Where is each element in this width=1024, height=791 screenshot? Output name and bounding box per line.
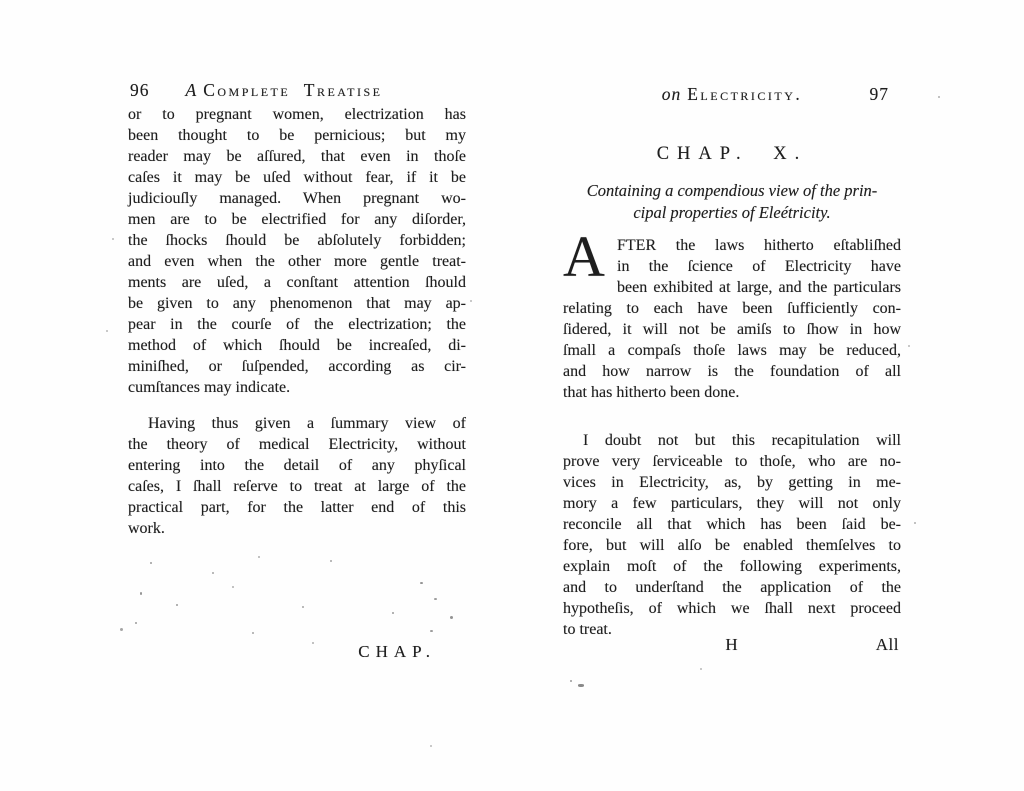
left-page: 96 AComplete Treatise or to pregnant wom…	[128, 80, 466, 680]
left-running-head: 96 AComplete Treatise	[128, 80, 466, 102]
text-line: FTER the laws hitherto eſtabliſhed	[563, 235, 901, 256]
left-paragraph-2: Having thus given a ſummary view of the …	[128, 413, 466, 539]
text-line: that has hitherto been done.	[563, 382, 901, 403]
text-line: the ſhocks ſhould be abſolutely forbidde…	[128, 230, 466, 251]
signature-mark: H	[563, 635, 901, 655]
text-line: I doubt not but this recapitulation will	[563, 430, 901, 451]
text-line: ſmall a compaſs thoſe laws may be reduce…	[563, 340, 901, 361]
text-line: caſes, I ſhall reſerve to treat at large…	[128, 476, 466, 497]
left-page-number: 96	[130, 80, 150, 101]
chapter-subtitle: Containing a compendious view of the pri…	[563, 180, 901, 224]
text-line: or to pregnant women, electrization has	[128, 104, 466, 125]
right-page-number: 97	[870, 84, 890, 105]
running-title-text: Electricity.	[687, 84, 802, 104]
text-line: practical part, for the latter end of th…	[128, 497, 466, 518]
right-running-title: onElectricity.	[563, 84, 901, 105]
text-line: mory a few particulars, they will not on…	[563, 493, 901, 514]
text-line: reconcile all that which has been ſaid b…	[563, 514, 901, 535]
text-line: caſes it may be uſed without fear, if it…	[128, 167, 466, 188]
text-line: the theory of medical Electricity, witho…	[128, 434, 466, 455]
book-scan: 96 AComplete Treatise or to pregnant wom…	[0, 0, 1024, 791]
right-paragraph-2: I doubt not but this recapitulation will…	[563, 430, 901, 640]
right-catchword: All	[876, 635, 899, 655]
text-line: method of which ſhould be increaſed, di-	[128, 335, 466, 356]
text-line: ments are uſed, a conſtant attention ſho…	[128, 272, 466, 293]
text-line: and to underſtand the application of the	[563, 577, 901, 598]
text-line: and how narrow is the foundation of all	[563, 361, 901, 382]
running-title-lead: A	[186, 80, 198, 100]
left-catchword: CHAP.	[128, 642, 466, 662]
text-line: hypotheſis, of which we ſhall next proce…	[563, 598, 901, 619]
text-line: explain moſt of the following experiment…	[563, 556, 901, 577]
text-line: pear in the courſe of the electrization;…	[128, 314, 466, 335]
right-running-head: onElectricity. 97	[563, 84, 901, 106]
text-line: Having thus given a ſummary view of	[128, 413, 466, 434]
text-line: entering into the detail of any phyſical	[128, 455, 466, 476]
text-line: and even when the other more gentle trea…	[128, 251, 466, 272]
subtitle-line: Containing a compendious view of the pri…	[563, 180, 901, 202]
text-line: men are to be electrified for any diſord…	[128, 209, 466, 230]
text-line: vices in Electricity, as, by getting in …	[563, 472, 901, 493]
left-paragraph-1: or to pregnant women, electrization has …	[128, 104, 466, 398]
right-page: onElectricity. 97 CHAP. X. Containing a …	[563, 84, 901, 704]
text-line: been exhibited at large, and the particu…	[563, 277, 901, 298]
text-line: cumſtances may indicate.	[128, 377, 466, 398]
right-paragraph-1: A FTER the laws hitherto eſtabliſhed in …	[563, 235, 901, 403]
drop-cap-initial: A	[563, 236, 609, 278]
text-line: fore, but will alſo be enabled themſelve…	[563, 535, 901, 556]
text-line: be given to any phenomenon that may ap-	[128, 293, 466, 314]
running-title-text: Complete Treatise	[203, 80, 382, 100]
text-line: ſidered, it will not be amiſs to ſhow in…	[563, 319, 901, 340]
left-running-title: AComplete Treatise	[128, 80, 466, 101]
text-line: work.	[128, 518, 466, 539]
text-line: reader may be aſſured, that even in thoſ…	[128, 146, 466, 167]
running-title-lead: on	[662, 84, 682, 104]
text-line: in the ſcience of Electricity have	[563, 256, 901, 277]
text-line: prove very ſerviceable to thoſe, who are…	[563, 451, 901, 472]
signature-row: H All	[563, 635, 901, 657]
text-line: judiciouſly managed. When pregnant wo-	[128, 188, 466, 209]
subtitle-line: cipal properties of Eleétricity.	[563, 202, 901, 224]
chapter-heading: CHAP. X.	[563, 144, 901, 165]
text-line: miniſhed, or ſuſpended, according as cir…	[128, 356, 466, 377]
text-line: relating to each have been ſufficiently …	[563, 298, 901, 319]
text-line: been thought to be pernicious; but my	[128, 125, 466, 146]
